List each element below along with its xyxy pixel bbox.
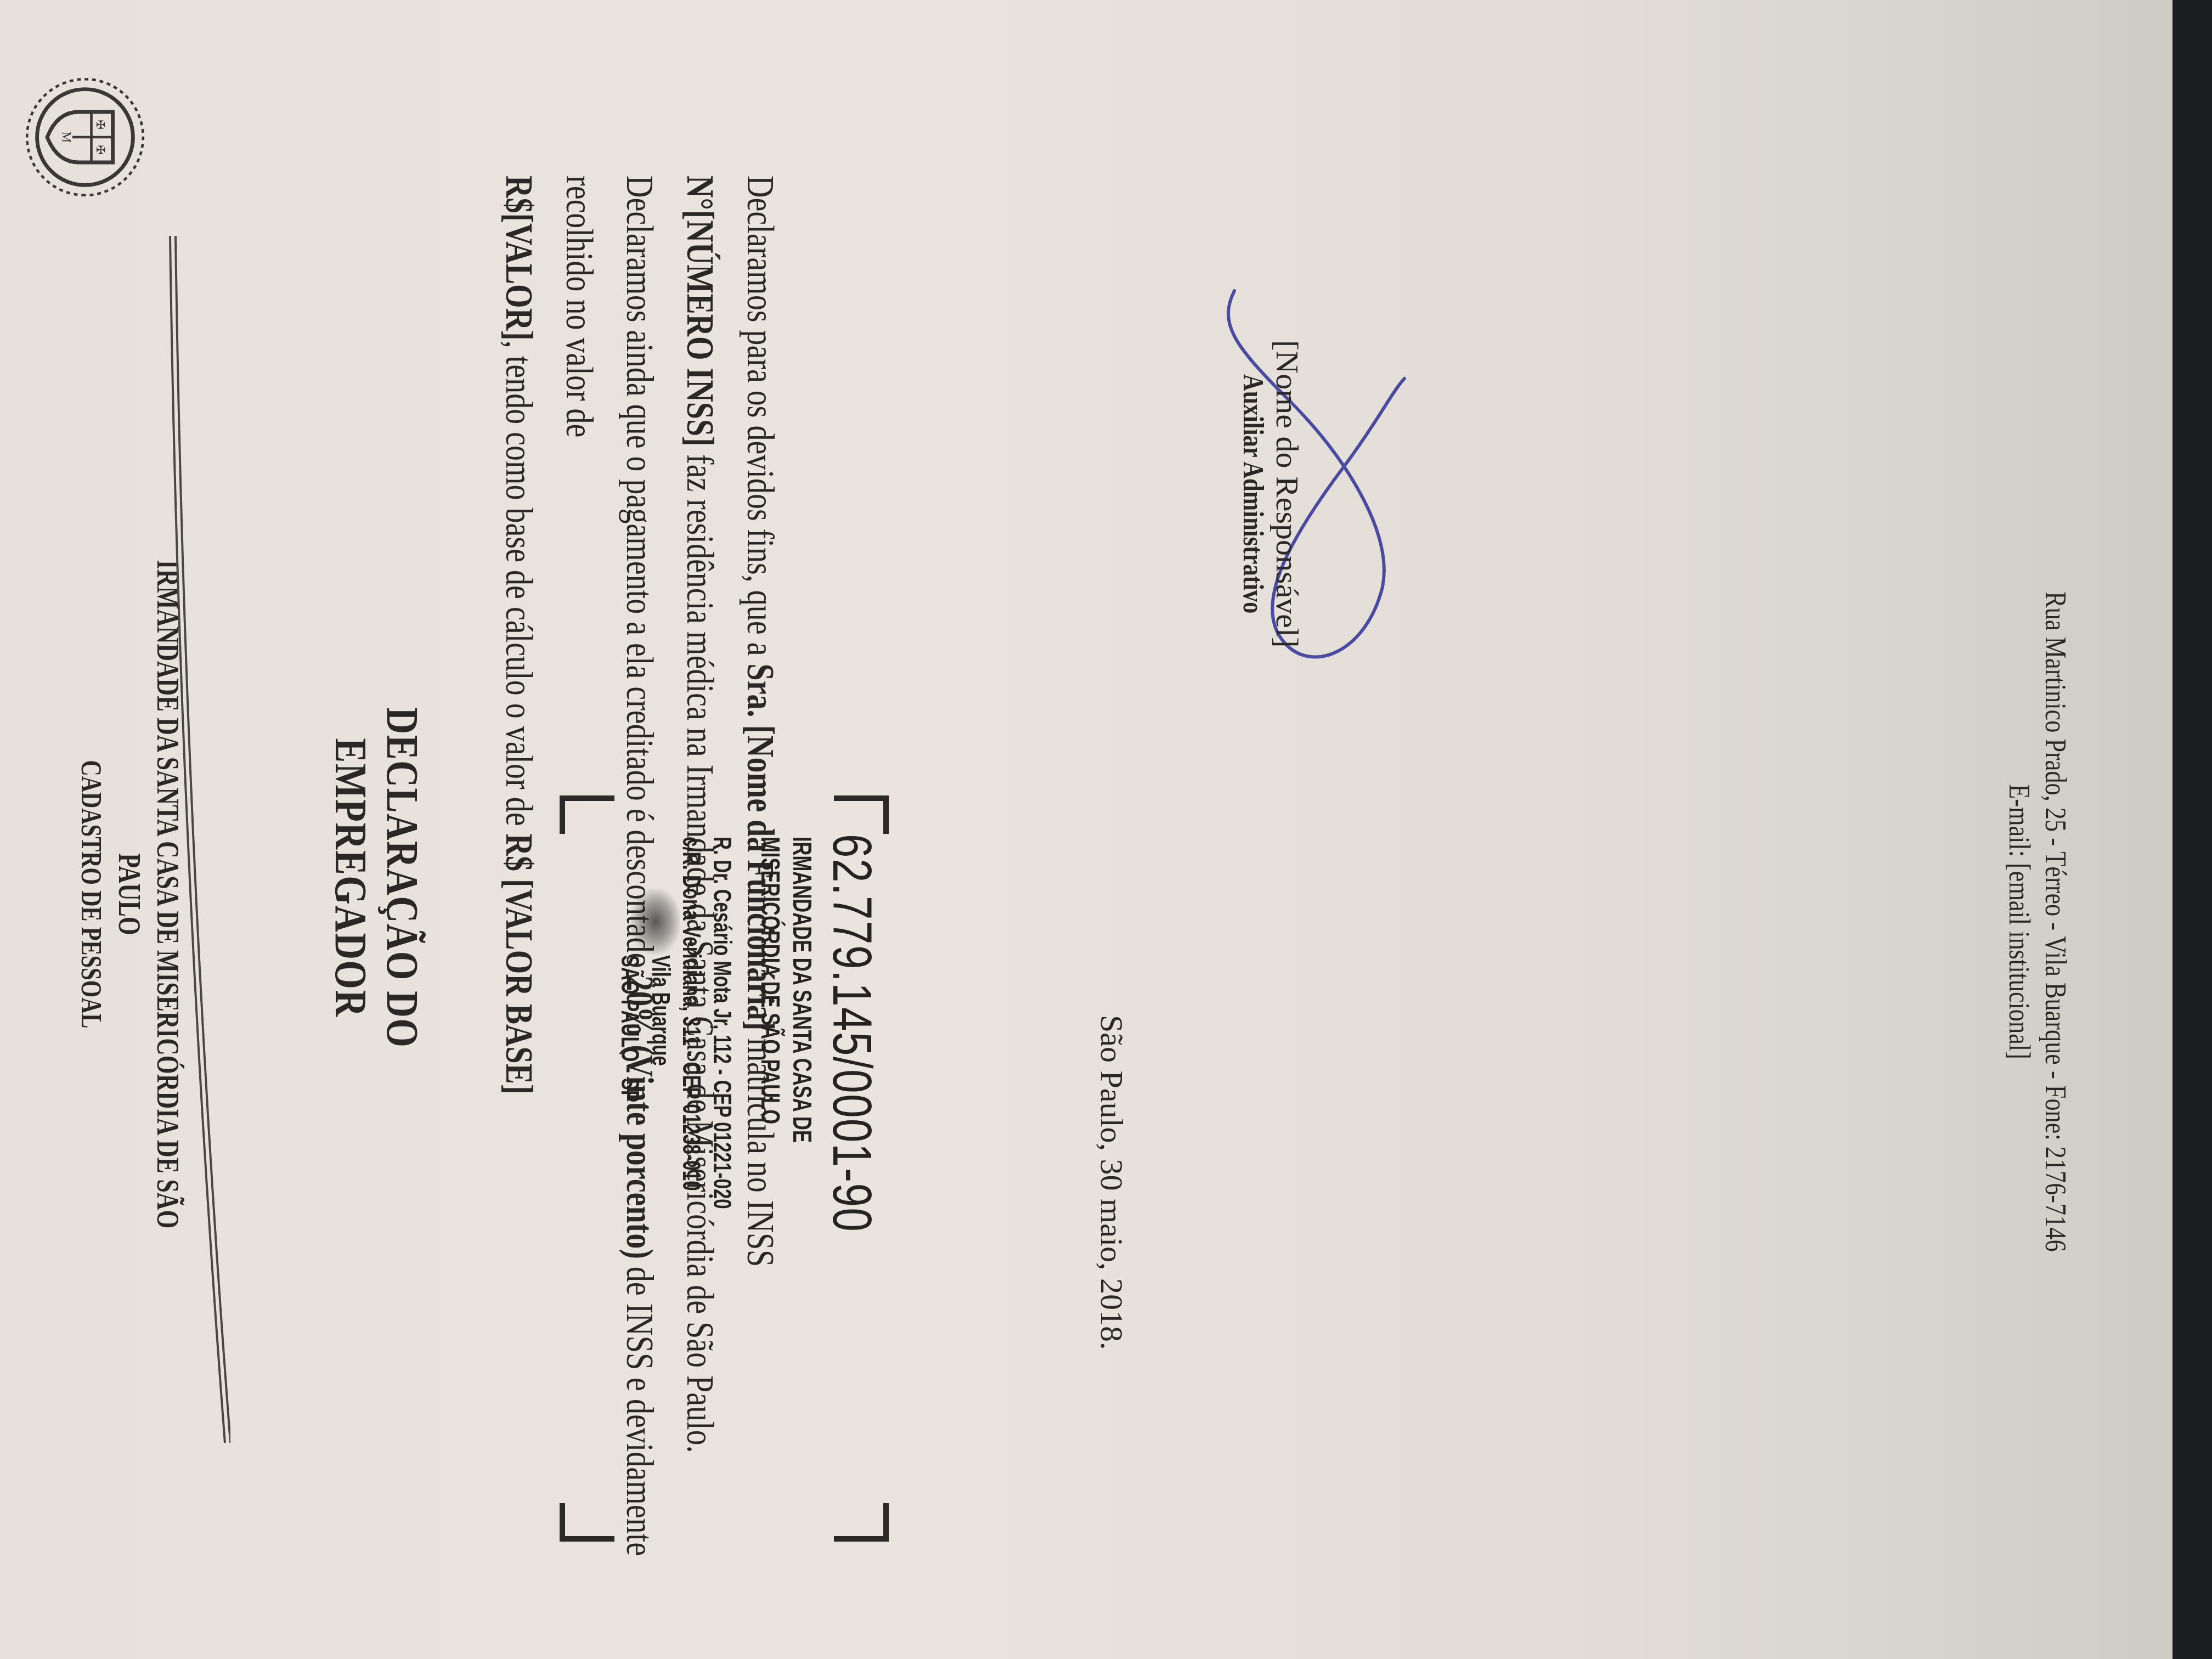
document-page: ✠ ✠ M IRMANDADE DA SANTA CASA DE MISERIC… bbox=[0, 0, 2172, 1659]
stamp-corner bbox=[560, 795, 614, 834]
footer-email: E-mail: [email institucional] bbox=[2001, 562, 2038, 1282]
department-name: CADASTRO DE PESSOAL bbox=[71, 531, 110, 1258]
paper-sheet: ✠ ✠ M IRMANDADE DA SANTA CASA DE MISERIC… bbox=[0, 0, 2172, 1659]
stamp-corner bbox=[834, 795, 889, 834]
base-amount: R$ [VALOR BASE] bbox=[498, 834, 540, 1094]
footer-address: Rua Martinico Prado, 25 - Térreo - Vila … bbox=[2038, 562, 2074, 1282]
inss-number: N°[NÚMERO INSS] bbox=[679, 176, 721, 447]
stamp-corner bbox=[560, 1503, 614, 1542]
stamp-address-line: c/R. Dona Veridiana, 311 - CEP 01238-010 bbox=[676, 837, 707, 1209]
ink-smudge bbox=[631, 889, 680, 955]
svg-text:✠: ✠ bbox=[94, 145, 106, 154]
stamp-organization: IRMANDADE DA SANTA CASA DE MISERICÓRDIA … bbox=[754, 837, 817, 1143]
stamp-corner bbox=[834, 1503, 889, 1542]
body-text: Declaramos para os devidos fins, que a bbox=[739, 176, 781, 664]
signature-block: [Nome do Responsável] Auxiliar Administr… bbox=[1237, 340, 1306, 648]
body-text: , tendo como base de cálculo o valor de bbox=[498, 341, 540, 834]
svg-text:✠: ✠ bbox=[94, 120, 106, 129]
svg-text:M: M bbox=[60, 132, 74, 143]
institution-seal-icon: ✠ ✠ M bbox=[22, 74, 148, 200]
stamp-org-line: IRMANDADE DA SANTA CASA DE bbox=[786, 837, 817, 1143]
letterhead-divider bbox=[165, 236, 230, 1443]
footer: Rua Martinico Prado, 25 - Térreo - Vila … bbox=[2001, 562, 2074, 1282]
stamp-cnpj: 62.779.145/0001-90 bbox=[820, 834, 883, 1232]
document-title: DECLARAÇÃO DO EMPREGADOR bbox=[325, 563, 428, 1193]
stamp-address-line: R. Dr. Cesário Mota Jr, 112 - CEP 01221-… bbox=[707, 837, 738, 1209]
signatory-role: Auxiliar Administrativo bbox=[1237, 368, 1269, 620]
date-line: São Paulo, 30 maio, 2018. bbox=[1093, 1015, 1130, 1350]
company-stamp: 62.779.145/0001-90 IRMANDADE DA SANTA CA… bbox=[560, 795, 889, 1542]
deducted-amount: R$[VALOR] bbox=[498, 176, 540, 341]
signatory-name: [Nome do Responsável] bbox=[1269, 340, 1306, 648]
stamp-org-line: MISERICÓRDIA DE SÃO PAULO bbox=[754, 837, 786, 1143]
